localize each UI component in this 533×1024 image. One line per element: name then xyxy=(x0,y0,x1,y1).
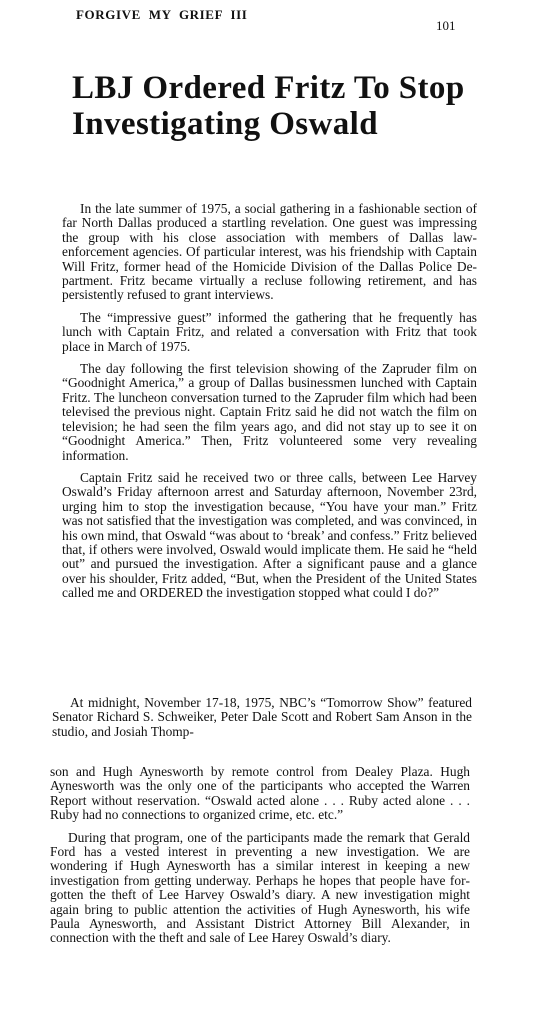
running-head: FORGIVE MY GRIEF III xyxy=(76,7,247,23)
page-number: 101 xyxy=(436,18,456,34)
paragraph: The “impressive guest” informed the gath… xyxy=(62,311,477,354)
paragraph: The day following the first television s… xyxy=(62,362,477,463)
paragraph: At midnight, November 17-18, 1975, NBC’s… xyxy=(52,696,472,739)
article-body: In the late summer of 1975, a social gat… xyxy=(62,202,477,609)
article-title-line-1: LBJ Ordered Fritz To Stop xyxy=(72,70,465,106)
paragraph: In the late summer of 1975, a social gat… xyxy=(62,202,477,303)
paragraph: During that program, one of the particip… xyxy=(50,831,470,946)
paragraph: Captain Fritz said he received two or th… xyxy=(62,471,477,601)
second-section-intro: At midnight, November 17-18, 1975, NBC’s… xyxy=(52,696,472,747)
article-title-line-2: Investigating Oswald xyxy=(72,106,465,142)
second-section-body: son and Hugh Aynesworth by remote contro… xyxy=(50,765,470,954)
article-title: LBJ Ordered Fritz To Stop Investigating … xyxy=(72,70,465,142)
paragraph-continued: son and Hugh Aynesworth by remote contro… xyxy=(50,765,470,823)
